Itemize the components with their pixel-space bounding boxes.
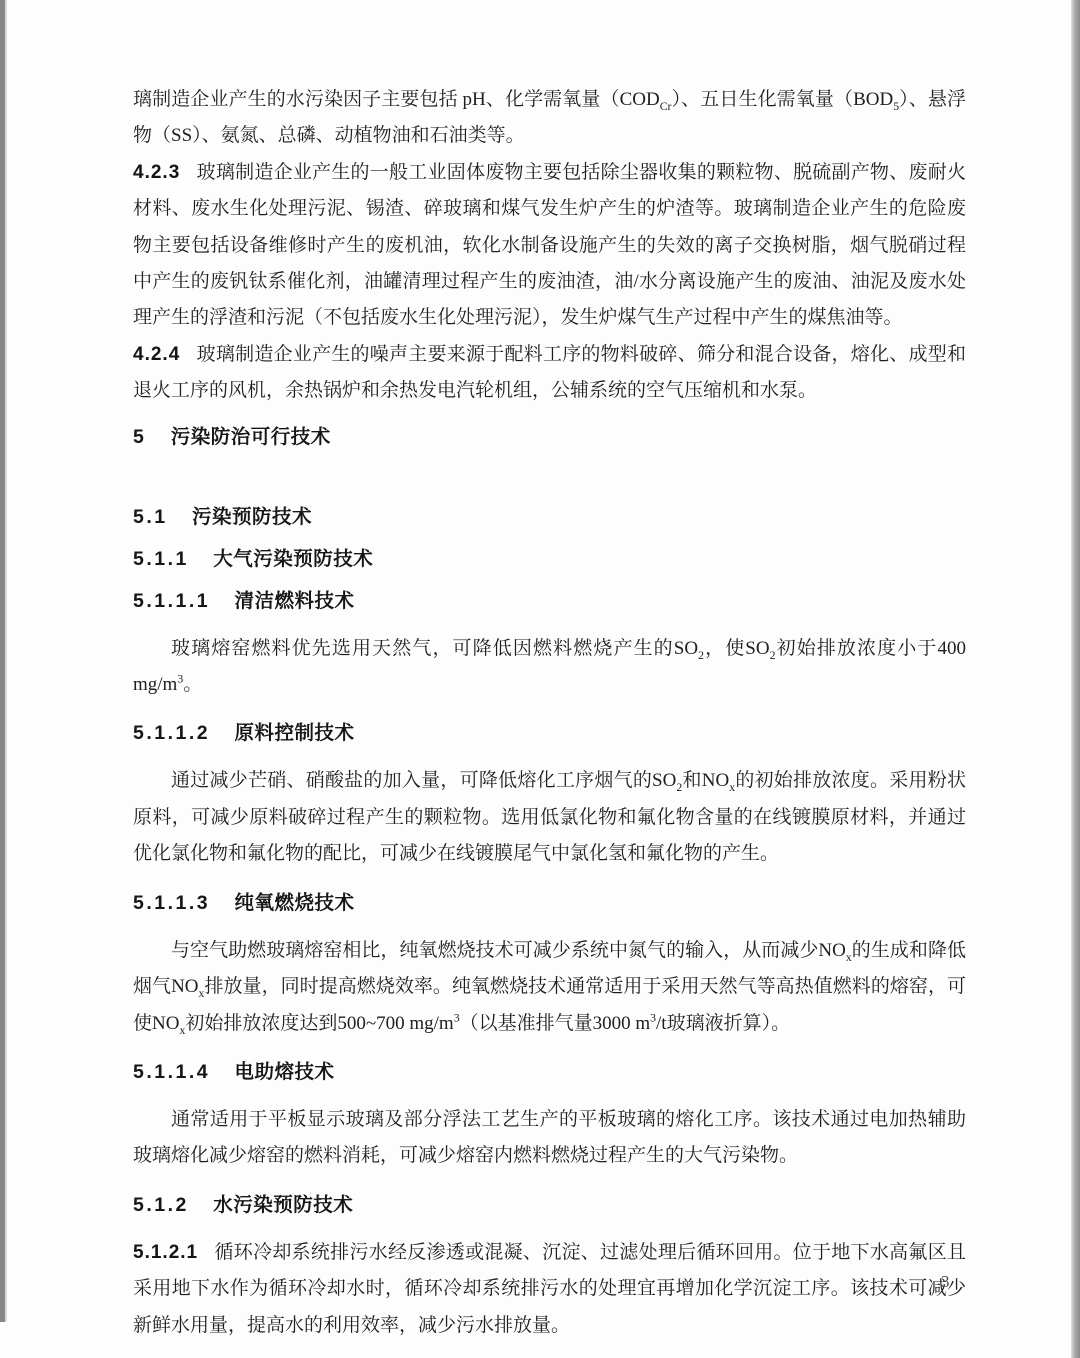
heading-5-1-1-4: 5.1.1.4电助熔技术 (133, 1060, 966, 1084)
heading-title: 原料控制技术 (235, 722, 355, 744)
heading-title: 污染防治可行技术 (171, 426, 331, 448)
heading-title: 纯氧燃烧技术 (235, 892, 355, 914)
heading-5-1: 5.1污染预防技术 (133, 505, 966, 529)
clause-number: 4.2.3 (133, 162, 180, 183)
paragraph-oxy-fuel-combustion: 与空气助燃玻璃熔窑相比，纯氧燃烧技术可减少系统中氮气的输入，从而减少NOx的生成… (133, 933, 966, 1042)
heading-5-1-1-1: 5.1.1.1清洁燃料技术 (133, 589, 966, 613)
paragraph-electric-boosting: 通常适用于平板显示玻璃及部分浮法工艺生产的平板玻璃的熔化工序。该技术通过电加热辅… (133, 1102, 966, 1175)
heading-5-1-1: 5.1.1大气污染预防技术 (133, 547, 966, 571)
heading-title: 清洁燃料技术 (235, 590, 355, 612)
document-content: 璃制造企业产生的水污染因子主要包括 pH、化学需氧量（CODCr）、五日生化需氧… (133, 82, 966, 1344)
clause-paragraph-5-1-2-1: 5.1.2.1循环冷却系统排污水经反渗透或混凝、沉淀、过滤处理后循环回用。位于地… (133, 1235, 966, 1344)
clause-text: 玻璃制造企业产生的一般工业固体废物主要包括除尘器收集的颗粒物、脱硫副产物、废耐火… (133, 162, 966, 329)
heading-number: 5.1.1.3 (133, 892, 210, 914)
heading-number: 5 (133, 426, 146, 448)
heading-number: 5.1.2 (133, 1194, 189, 1216)
clause-paragraph-4-2-4: 4.2.4玻璃制造企业产生的噪声主要来源于配料工序的物料破碎、筛分和混合设备，熔… (133, 337, 966, 410)
heading-number: 5.1.1.1 (133, 590, 210, 612)
heading-number: 5.1.1.2 (133, 722, 210, 744)
heading-number: 5.1.1 (133, 548, 189, 570)
heading-number: 5.1 (133, 506, 168, 528)
paragraph-raw-material-control: 通过减少芒硝、硝酸盐的加入量，可降低熔化工序烟气的SO2和NOx的初始排放浓度。… (133, 763, 966, 872)
heading-title: 大气污染预防技术 (213, 548, 373, 570)
clause-number: 5.1.2.1 (133, 1242, 198, 1263)
paragraph-clean-fuel: 玻璃熔窑燃料优先选用天然气，可降低因燃料燃烧产生的SO2，使SO2初始排放浓度小… (133, 631, 966, 704)
page-right-edge (1071, 0, 1080, 1358)
heading-number: 5.1.1.4 (133, 1061, 210, 1083)
clause-text: 玻璃制造企业产生的噪声主要来源于配料工序的物料破碎、筛分和混合设备，熔化、成型和… (133, 344, 966, 401)
heading-title: 电助熔技术 (235, 1061, 335, 1083)
heading-5-1-1-3: 5.1.1.3纯氧燃烧技术 (133, 891, 966, 915)
page-number: 3 (941, 1272, 950, 1292)
document-page: 璃制造企业产生的水污染因子主要包括 pH、化学需氧量（CODCr）、五日生化需氧… (0, 0, 1080, 1358)
clause-number: 4.2.4 (133, 344, 180, 365)
clause-paragraph-4-2-3: 4.2.3玻璃制造企业产生的一般工业固体废物主要包括除尘器收集的颗粒物、脱硫副产… (133, 155, 966, 337)
heading-title: 污染预防技术 (192, 506, 312, 528)
clause-text: 循环冷却系统排污水经反渗透或混凝、沉淀、过滤处理后循环回用。位于地下水高氟区且采… (133, 1242, 966, 1336)
heading-5-1-2: 5.1.2水污染预防技术 (133, 1193, 966, 1217)
heading-title: 水污染预防技术 (213, 1194, 353, 1216)
heading-chapter-5: 5污染防治可行技术 (133, 425, 966, 449)
page-left-edge (0, 0, 7, 1322)
heading-5-1-1-2: 5.1.1.2原料控制技术 (133, 721, 966, 745)
paragraph-continuation: 璃制造企业产生的水污染因子主要包括 pH、化学需氧量（CODCr）、五日生化需氧… (133, 82, 966, 155)
